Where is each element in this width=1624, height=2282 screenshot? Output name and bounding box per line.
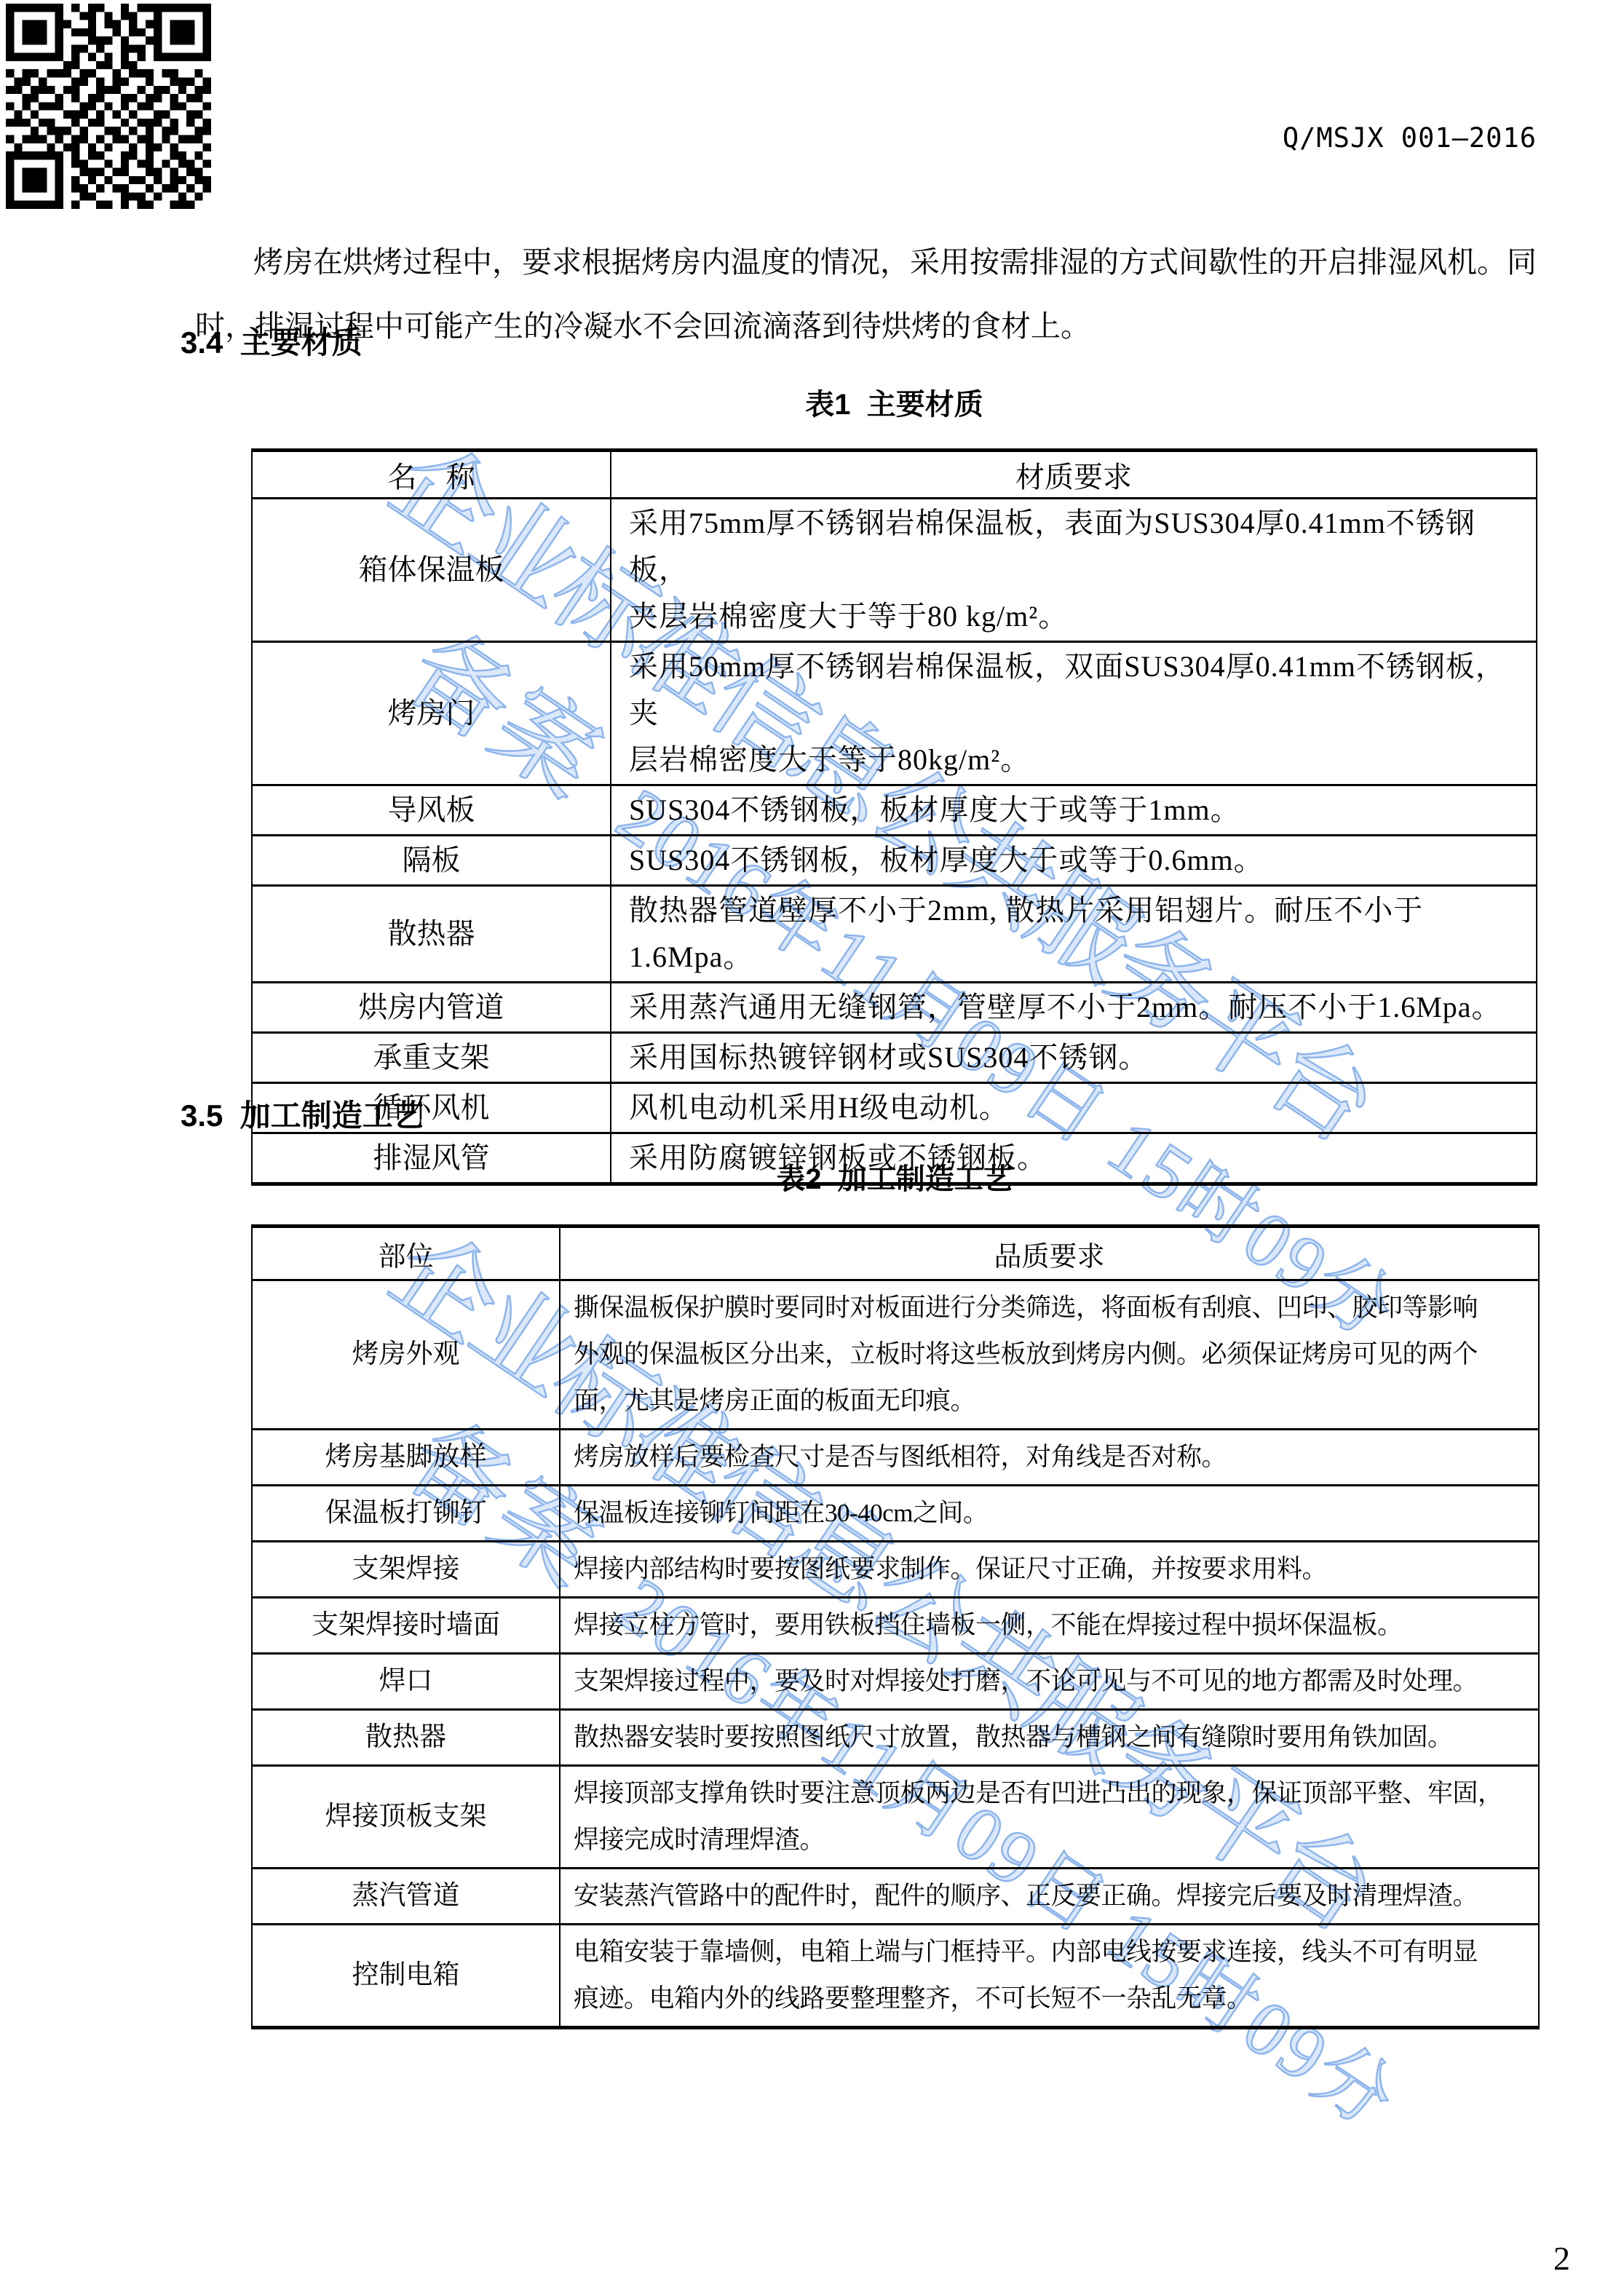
table1-caption: 表1 主要材质 xyxy=(251,381,1537,423)
table-row: 箱体保温板采用75mm厚不锈钢岩棉保温板，表面为SUS304厚0.41mm不锈钢… xyxy=(252,499,1537,642)
column-header-name: 名 称 xyxy=(252,451,611,499)
table-header-row: 部位 品质要求 xyxy=(252,1227,1539,1280)
table-row: 隔板SUS304不锈钢板，板材厚度大于或等于0.6mm。 xyxy=(252,836,1537,886)
table-row: 散热器散热器安装时要按照图纸尺寸放置，散热器与槽钢之间有缝隙时要用角铁加固。 xyxy=(252,1710,1539,1766)
table-row: 焊口支架焊接过程中，要及时对焊接处打磨，不论可见与不可见的地方都需及时处理。 xyxy=(252,1654,1539,1710)
table-row: 烤房门采用50mm厚不锈钢岩棉保温板，双面SUS304厚0.41mm不锈钢板，夹… xyxy=(252,642,1537,785)
part-name-cell: 散热器 xyxy=(252,886,611,983)
requirement-cell: 烤房放样后要检查尺寸是否与图纸相符，对角线是否对称。 xyxy=(560,1430,1539,1486)
table-row: 烘房内管道采用蒸汽通用无缝钢管，管壁厚不小于2mm。耐压不小于1.6Mpa。 xyxy=(252,983,1537,1033)
requirement-cell: SUS304不锈钢板，板材厚度大于或等于1mm。 xyxy=(611,785,1537,836)
table2-caption: 表2 加工制造工艺 xyxy=(251,1156,1537,1197)
table-row: 控制电箱电箱安装于靠墙侧，电箱上端与门框持平。内部电线按要求连接，线头不可有明显… xyxy=(252,1925,1539,2028)
table-row: 烤房外观撕保温板保护膜时要同时对板面进行分类筛选，将面板有刮痕、凹印、胶印等影响… xyxy=(252,1280,1539,1430)
requirement-cell: 采用75mm厚不锈钢岩棉保温板，表面为SUS304厚0.41mm不锈钢板， 夹层… xyxy=(611,499,1537,642)
table-row: 支架焊接焊接内部结构时要按图纸要求制作。保证尺寸正确，并按要求用料。 xyxy=(252,1542,1539,1598)
table-row: 散热器散热器管道壁厚不小于2mm, 散热片采用铝翅片。耐压不小于 1.6Mpa。 xyxy=(252,886,1537,983)
table-row: 循环风机风机电动机采用H级电动机。 xyxy=(252,1083,1537,1133)
requirement-cell: 风机电动机采用H级电动机。 xyxy=(611,1083,1537,1133)
part-name-cell: 箱体保温板 xyxy=(252,499,611,642)
requirement-cell: 散热器管道壁厚不小于2mm, 散热片采用铝翅片。耐压不小于 1.6Mpa。 xyxy=(611,886,1537,983)
part-name-cell: 导风板 xyxy=(252,785,611,836)
requirement-cell: 支架焊接过程中，要及时对焊接处打磨，不论可见与不可见的地方都需及时处理。 xyxy=(560,1654,1539,1710)
table-manufacturing-process: 部位 品质要求 烤房外观撕保温板保护膜时要同时对板面进行分类筛选，将面板有刮痕、… xyxy=(251,1224,1540,2029)
qr-code xyxy=(6,4,211,209)
section-heading-3-4: 3.4 主要材质 xyxy=(181,319,363,362)
requirement-cell: 散热器安装时要按照图纸尺寸放置，散热器与槽钢之间有缝隙时要用角铁加固。 xyxy=(560,1710,1539,1766)
requirement-cell: 采用50mm厚不锈钢岩棉保温板，双面SUS304厚0.41mm不锈钢板，夹 层岩… xyxy=(611,642,1537,785)
requirement-cell: 采用蒸汽通用无缝钢管，管壁厚不小于2mm。耐压不小于1.6Mpa。 xyxy=(611,983,1537,1033)
column-header-material-requirement: 材质要求 xyxy=(611,451,1537,499)
part-name-cell: 隔板 xyxy=(252,836,611,886)
table-header-row: 名 称 材质要求 xyxy=(252,451,1537,499)
part-name-cell: 散热器 xyxy=(252,1710,560,1766)
table-row: 支架焊接时墙面焊接立柱方管时，要用铁板挡住墙板一侧，不能在焊接过程中损坏保温板。 xyxy=(252,1598,1539,1654)
requirement-cell: 电箱安装于靠墙侧，电箱上端与门框持平。内部电线按要求连接，线头不可有明显 痕迹。… xyxy=(560,1925,1539,2028)
requirement-cell: SUS304不锈钢板，板材厚度大于或等于0.6mm。 xyxy=(611,836,1537,886)
part-name-cell: 支架焊接 xyxy=(252,1542,560,1598)
table-row: 导风板SUS304不锈钢板，板材厚度大于或等于1mm。 xyxy=(252,785,1537,836)
part-name-cell: 烘房内管道 xyxy=(252,983,611,1033)
table-main-materials: 名 称 材质要求 箱体保温板采用75mm厚不锈钢岩棉保温板，表面为SUS304厚… xyxy=(251,448,1537,1186)
part-name-cell: 烤房门 xyxy=(252,642,611,785)
part-name-cell: 焊口 xyxy=(252,1654,560,1710)
part-name-cell: 承重支架 xyxy=(252,1033,611,1083)
part-name-cell: 烤房外观 xyxy=(252,1280,560,1430)
column-header-part: 部位 xyxy=(252,1227,560,1280)
part-name-cell: 烤房基脚放样 xyxy=(252,1430,560,1486)
page-number: 2 xyxy=(1553,2239,1570,2278)
part-name-cell: 支架焊接时墙面 xyxy=(252,1598,560,1654)
table-row: 焊接顶板支架焊接顶部支撑角铁时要注意顶板两边是否有凹进凸出的现象，保证顶部平整、… xyxy=(252,1766,1539,1869)
table-row: 保温板打铆钉保温板连接铆钉间距在30-40cm之间。 xyxy=(252,1486,1539,1542)
part-name-cell: 控制电箱 xyxy=(252,1925,560,2028)
requirement-cell: 采用国标热镀锌钢材或SUS304不锈钢。 xyxy=(611,1033,1537,1083)
requirement-cell: 焊接内部结构时要按图纸要求制作。保证尺寸正确，并按要求用料。 xyxy=(560,1542,1539,1598)
part-name-cell: 焊接顶板支架 xyxy=(252,1766,560,1869)
intro-paragraph: 烤房在烘烤过程中，要求根据烤房内温度的情况，采用按需排湿的方式间歇性的开启排湿风… xyxy=(195,230,1538,358)
document-page: Q/MSJX 001—2016 烤房在烘烤过程中，要求根据烤房内温度的情况，采用… xyxy=(0,0,1624,2282)
document-code: Q/MSJX 001—2016 xyxy=(1283,122,1537,154)
part-name-cell: 蒸汽管道 xyxy=(252,1869,560,1925)
requirement-cell: 焊接立柱方管时，要用铁板挡住墙板一侧，不能在焊接过程中损坏保温板。 xyxy=(560,1598,1539,1654)
requirement-cell: 保温板连接铆钉间距在30-40cm之间。 xyxy=(560,1486,1539,1542)
section-heading-3-5: 3.5 加工制造工艺 xyxy=(181,1092,424,1136)
column-header-quality-requirement: 品质要求 xyxy=(560,1227,1539,1280)
table-row: 承重支架采用国标热镀锌钢材或SUS304不锈钢。 xyxy=(252,1033,1537,1083)
table-row: 烤房基脚放样烤房放样后要检查尺寸是否与图纸相符，对角线是否对称。 xyxy=(252,1430,1539,1486)
table-row: 蒸汽管道安装蒸汽管路中的配件时，配件的顺序、正反要正确。焊接完后要及时清理焊渣。 xyxy=(252,1869,1539,1925)
requirement-cell: 安装蒸汽管路中的配件时，配件的顺序、正反要正确。焊接完后要及时清理焊渣。 xyxy=(560,1869,1539,1925)
requirement-cell: 撕保温板保护膜时要同时对板面进行分类筛选，将面板有刮痕、凹印、胶印等影响 外观的… xyxy=(560,1280,1539,1430)
part-name-cell: 保温板打铆钉 xyxy=(252,1486,560,1542)
requirement-cell: 焊接顶部支撑角铁时要注意顶板两边是否有凹进凸出的现象，保证顶部平整、牢固， 焊接… xyxy=(560,1766,1539,1869)
